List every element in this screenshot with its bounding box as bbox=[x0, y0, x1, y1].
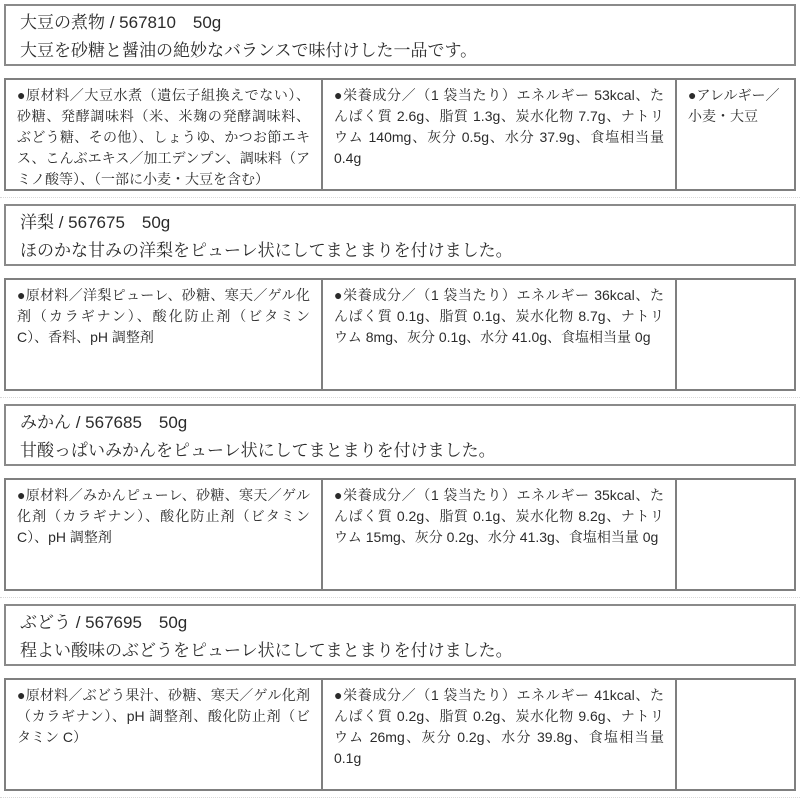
product-description: ほのかな甘みの洋梨をピューレ状にしてまとまりを付けました。 bbox=[20, 237, 780, 265]
product-description: 甘酸っぱいみかんをピューレ状にしてまとまりを付けました。 bbox=[20, 437, 780, 465]
product-section-mikan: みかん / 567685 50g 甘酸っぱいみかんをピューレ状にしてまとまりを付… bbox=[0, 400, 800, 600]
product-description: 程よい酸味のぶどうをピューレ状にしてまとまりを付けました。 bbox=[20, 637, 780, 665]
allergy-cell bbox=[677, 680, 794, 789]
product-spec-table: ●原材料／大豆水煮（遺伝子組換えでない）、砂糖、発酵調味料（米、米麹の発酵調味料… bbox=[4, 78, 796, 191]
product-spec-document: 大豆の煮物 / 567810 50g 大豆を砂糖と醤油の絶妙なバランスで味付けし… bbox=[0, 0, 800, 800]
allergy-cell bbox=[677, 280, 794, 389]
section-divider bbox=[0, 597, 800, 598]
section-divider bbox=[0, 197, 800, 198]
product-header-box: みかん / 567685 50g 甘酸っぱいみかんをピューレ状にしてまとまりを付… bbox=[4, 404, 796, 466]
product-header-box: 洋梨 / 567675 50g ほのかな甘みの洋梨をピューレ状にしてまとまりを付… bbox=[4, 204, 796, 266]
product-description: 大豆を砂糖と醤油の絶妙なバランスで味付けした一品です。 bbox=[20, 37, 780, 65]
nutrition-cell: ●栄養成分／（1 袋当たり）エネルギー 35kcal、たんぱく質 0.2g、脂質… bbox=[323, 480, 677, 589]
ingredients-cell: ●原材料／大豆水煮（遺伝子組換えでない）、砂糖、発酵調味料（米、米麹の発酵調味料… bbox=[6, 80, 323, 189]
ingredients-cell: ●原材料／ぶどう果汁、砂糖、寒天／ゲル化剤（カラギナン）、pH 調整剤、酸化防止… bbox=[6, 680, 323, 789]
product-header-box: ぶどう / 567695 50g 程よい酸味のぶどうをピューレ状にしてまとまりを… bbox=[4, 604, 796, 666]
product-title: みかん / 567685 50g bbox=[20, 409, 780, 437]
product-spec-table: ●原材料／みかんピューレ、砂糖、寒天／ゲル化剤（カラギナン）、酸化防止剤（ビタミ… bbox=[4, 478, 796, 591]
section-divider bbox=[0, 397, 800, 398]
product-spec-table: ●原材料／ぶどう果汁、砂糖、寒天／ゲル化剤（カラギナン）、pH 調整剤、酸化防止… bbox=[4, 678, 796, 791]
product-section-pear: 洋梨 / 567675 50g ほのかな甘みの洋梨をピューレ状にしてまとまりを付… bbox=[0, 200, 800, 400]
product-spec-table: ●原材料／洋梨ピューレ、砂糖、寒天／ゲル化剤（カラギナン）、酸化防止剤（ビタミン… bbox=[4, 278, 796, 391]
ingredients-cell: ●原材料／洋梨ピューレ、砂糖、寒天／ゲル化剤（カラギナン）、酸化防止剤（ビタミン… bbox=[6, 280, 323, 389]
product-title: ぶどう / 567695 50g bbox=[20, 609, 780, 637]
nutrition-cell: ●栄養成分／（1 袋当たり）エネルギー 53kcal、たんぱく質 2.6g、脂質… bbox=[323, 80, 677, 189]
product-title: 洋梨 / 567675 50g bbox=[20, 209, 780, 237]
nutrition-cell: ●栄養成分／（1 袋当たり）エネルギー 36kcal、たんぱく質 0.1g、脂質… bbox=[323, 280, 677, 389]
nutrition-cell: ●栄養成分／（1 袋当たり）エネルギー 41kcal、たんぱく質 0.2g、脂質… bbox=[323, 680, 677, 789]
ingredients-cell: ●原材料／みかんピューレ、砂糖、寒天／ゲル化剤（カラギナン）、酸化防止剤（ビタミ… bbox=[6, 480, 323, 589]
product-section-soybean: 大豆の煮物 / 567810 50g 大豆を砂糖と醤油の絶妙なバランスで味付けし… bbox=[0, 0, 800, 200]
product-section-grape: ぶどう / 567695 50g 程よい酸味のぶどうをピューレ状にしてまとまりを… bbox=[0, 600, 800, 800]
allergy-cell: ●アレルギー／ 小麦・大豆 bbox=[677, 80, 794, 189]
product-title: 大豆の煮物 / 567810 50g bbox=[20, 9, 780, 37]
allergy-cell bbox=[677, 480, 794, 589]
product-header-box: 大豆の煮物 / 567810 50g 大豆を砂糖と醤油の絶妙なバランスで味付けし… bbox=[4, 4, 796, 66]
section-divider bbox=[0, 797, 800, 798]
